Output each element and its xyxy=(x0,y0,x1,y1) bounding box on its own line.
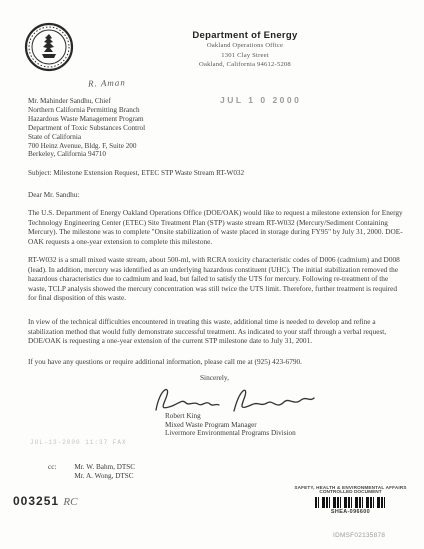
agency-name: Department of Energy xyxy=(120,30,370,41)
cc-label: cc: xyxy=(48,463,56,481)
office-name: Oakland Operations Office xyxy=(120,41,370,51)
handwritten-note: R. Aman xyxy=(88,77,126,88)
doe-seal-icon xyxy=(24,22,74,72)
corner-document-id: IDMSF02135878 xyxy=(333,532,385,539)
cc-block: cc: Mr. W. Bahm, DTSC Mr. A. Wong, DTSC xyxy=(48,463,135,481)
letterhead: Department of Energy Oakland Operations … xyxy=(120,30,370,70)
document-number-suffix: RC xyxy=(63,496,77,508)
document-number: 003251 xyxy=(13,494,59,508)
stamp-code: SHEA-096600 xyxy=(283,509,418,515)
scanned-letter-page: Department of Energy Oakland Operations … xyxy=(0,0,424,549)
recipient-line: Hazardous Waste Management Program xyxy=(28,115,145,124)
recipient-address: Mr. Mahinder Sandhu, Chief Northern Cali… xyxy=(28,97,145,159)
fax-header-artifact: JUL-13-2000 11:37 FAX xyxy=(30,439,127,446)
barcode xyxy=(315,497,387,508)
body-paragraph-3: In view of the technical difficulties en… xyxy=(28,317,405,346)
signer-division: Livermore Environmental Programs Divisio… xyxy=(165,429,296,438)
city-address: Oakland, California 94612-5208 xyxy=(120,60,370,70)
cc-name: Mr. A. Wong, DTSC xyxy=(74,472,135,481)
document-number-stamp: 003251 RC xyxy=(13,494,77,508)
stamp-line-2: CONTROLLED DOCUMENT xyxy=(283,490,418,495)
recipient-line: State of California xyxy=(28,133,145,142)
recipient-line: Mr. Mahinder Sandhu, Chief xyxy=(28,97,145,106)
street-address: 1301 Clay Street xyxy=(120,51,370,61)
signer-block: Robert King Mixed Waste Program Manager … xyxy=(165,412,296,438)
signer-title: Mixed Waste Program Manager xyxy=(165,421,296,430)
signer-name: Robert King xyxy=(165,412,296,421)
recipient-line: Berkeley, California 94710 xyxy=(28,150,145,159)
body-paragraph-1: The U.S. Department of Energy Oakland Op… xyxy=(28,208,405,246)
cc-name: Mr. W. Bahm, DTSC xyxy=(74,463,135,472)
body-paragraph-4: If you have any questions or require add… xyxy=(28,357,405,367)
controlled-document-stamp: SAFETY, HEALTH & ENVIRONMENTAL AFFAIRS C… xyxy=(283,485,418,515)
date-stamp: JUL 1 0 2000 xyxy=(220,95,301,105)
recipient-line: Northern California Permitting Branch xyxy=(28,106,145,115)
subject-line: Subject: Milestone Extension Request, ET… xyxy=(28,169,408,177)
recipient-line: Department of Toxic Substances Control xyxy=(28,124,145,133)
salutation: Dear Mr. Sandhu: xyxy=(28,191,79,199)
body-paragraph-2: RT-W032 is a small mixed waste stream, a… xyxy=(28,255,405,303)
recipient-line: 700 Heinz Avenue, Bldg. F, Suite 200 xyxy=(28,142,145,151)
